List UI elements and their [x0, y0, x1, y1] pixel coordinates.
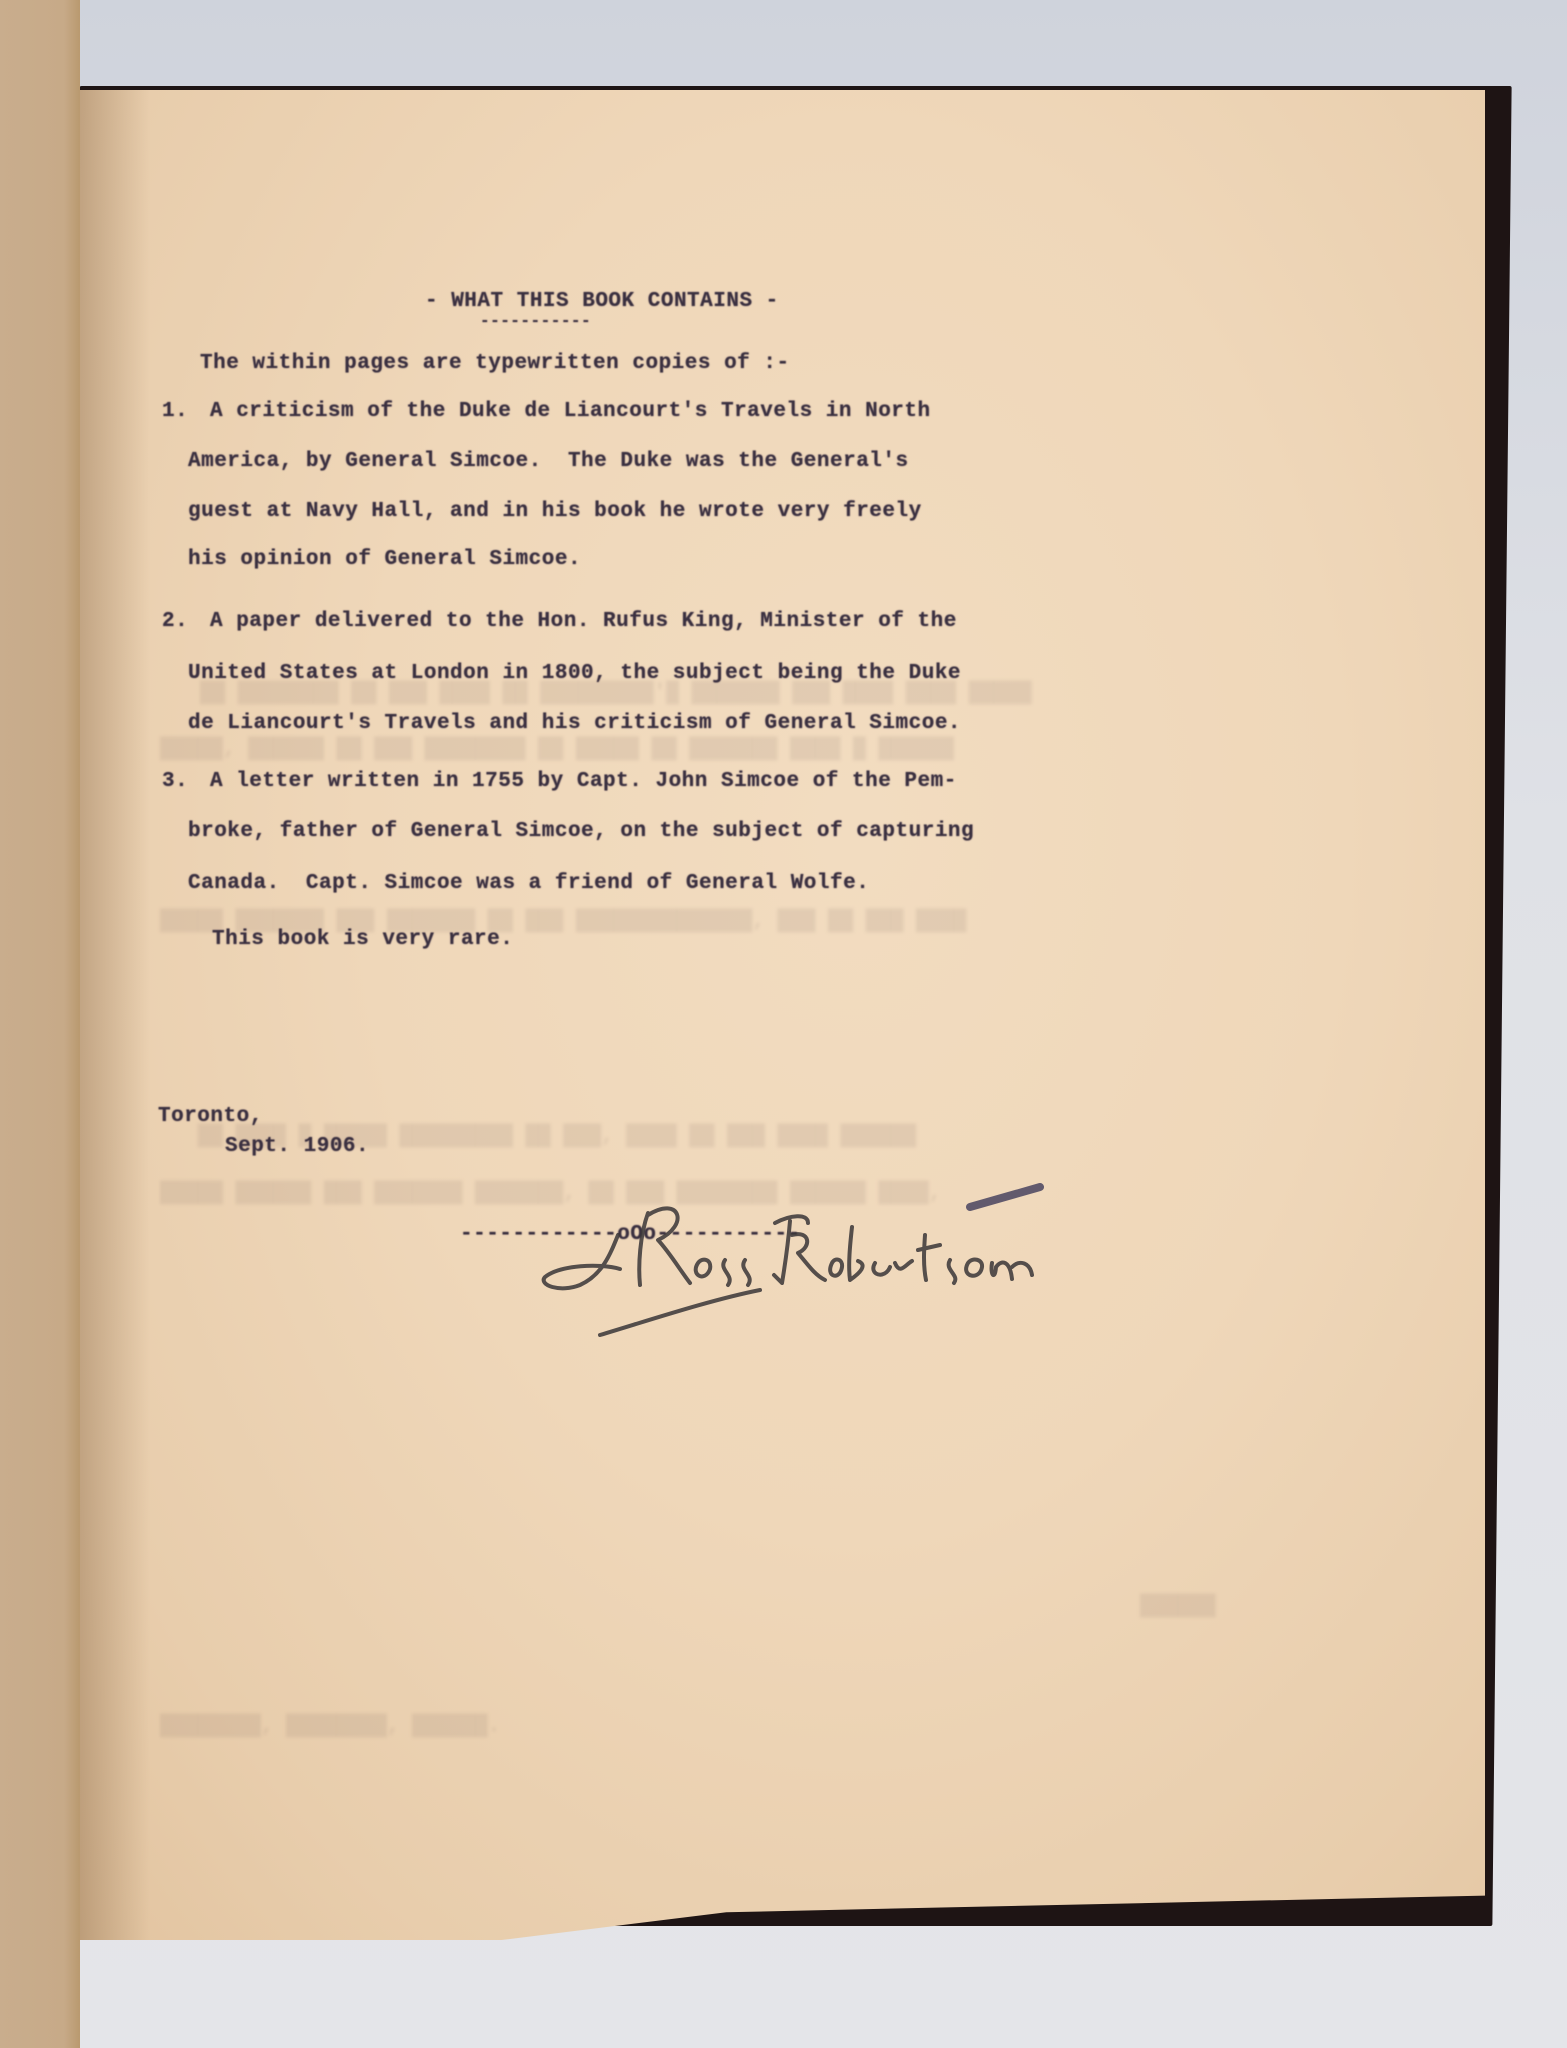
item-1-line-3: guest at Navy Hall, and in his book he w… [188, 500, 922, 523]
closing-text: This book is very rare. [212, 928, 513, 951]
document-heading: - WHAT THIS BOOK CONTAINS - [425, 290, 779, 313]
intro-text: The within pages are typewritten copies … [200, 352, 790, 375]
bleed-through-mark: █████, ██████ ██ ███ ████████ ██ █████ █… [160, 738, 954, 761]
item-number: 2. [162, 610, 188, 633]
item-1-line-4: his opinion of General Simcoe. [188, 548, 581, 571]
document-page: ██ ████████ ██ ███ ████ ██ █████████'█ █… [80, 90, 1485, 1940]
bleed-through-mark: ██████ [1140, 1595, 1216, 1618]
heading-underline: ----------- [480, 312, 591, 330]
place-text: Toronto, [158, 1105, 263, 1128]
facing-page-edge [0, 0, 80, 2048]
bleed-through-mark: ██ ████████ ██ ███ ████ ██ █████████'█ █… [200, 682, 1032, 705]
item-2-line-1: A paper delivered to the Hon. Rufus King… [210, 610, 957, 633]
item-3-line-3: Canada. Capt. Simcoe was a friend of Gen… [188, 872, 869, 895]
item-1-line-1: A criticism of the Duke de Liancourt's T… [210, 400, 931, 423]
item-2-line-2: United States at London in 1800, the sub… [188, 662, 961, 685]
item-1-line-2: America, by General Simcoe. The Duke was… [188, 450, 909, 473]
date-text: Sept. 1906. [225, 1135, 369, 1158]
item-3-line-1: A letter written in 1755 by Capt. John S… [210, 770, 957, 793]
item-number: 3. [162, 770, 188, 793]
item-number: 1. [162, 400, 188, 423]
signature-j-ross-robertson [540, 1135, 1260, 1355]
item-3-line-2: broke, father of General Simcoe, on the … [188, 820, 974, 843]
item-2-line-3: de Liancourt's Travels and his criticism… [188, 712, 961, 735]
bleed-through-mark: ████████, ████████, ██████. [160, 1715, 500, 1738]
